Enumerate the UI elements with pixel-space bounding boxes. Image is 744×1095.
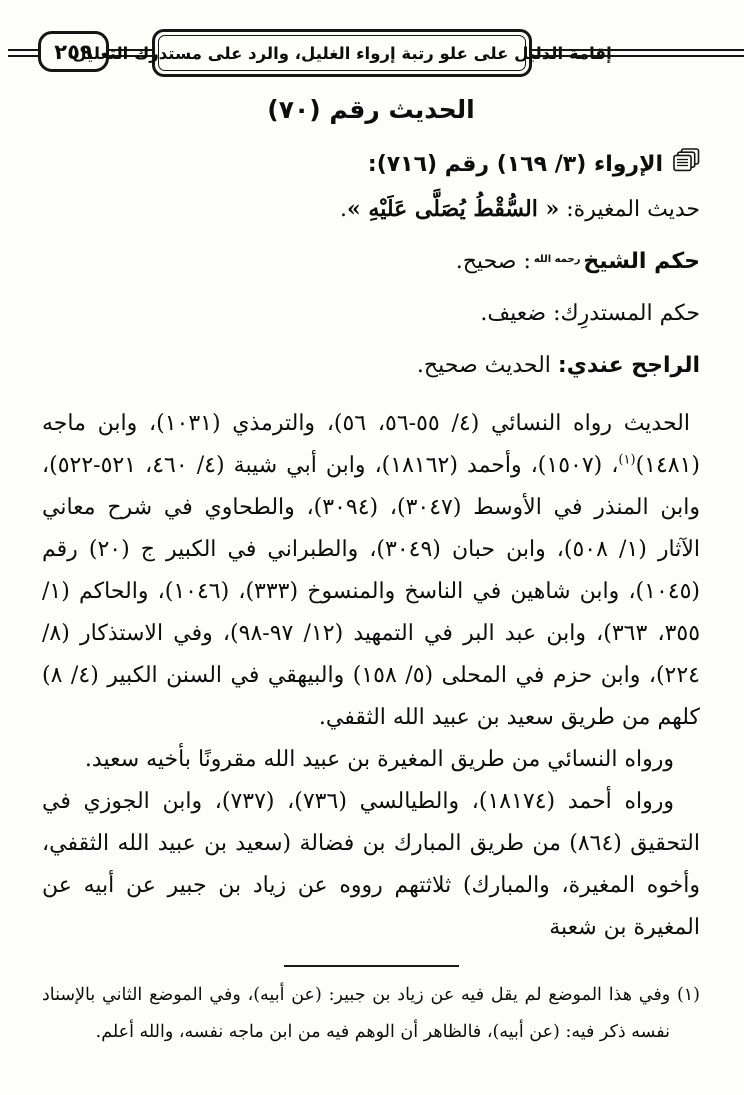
- page-body: الحديث رقم (٧٠) الإرواء (٣/ ١٦٩) رقم (٧١…: [0, 88, 744, 1051]
- sheikh-ruling-value: : صحيح.: [456, 249, 531, 274]
- hadith-matn: « السُّقْطُ يُصَلَّى عَلَيْهِ »: [347, 196, 559, 222]
- scanned-book-page: ٢٥٩ إقامة الدليل على علو رتبة إرواء الغل…: [0, 0, 744, 1095]
- header-rule-left: [8, 49, 39, 57]
- takhrij-paragraph: الحديث رواه النسائي (٤/ ٥٥-٥٦، ٥٦)، والت…: [42, 403, 700, 739]
- irwa-reference-text: الإرواء (٣/ ١٦٩) رقم (٧١٦):: [368, 150, 663, 180]
- rajih-ruling-value: الحديث صحيح.: [417, 353, 558, 378]
- ahmad-path-paragraph: ورواه أحمد (١٨١٧٤)، والطيالسي (٧٣٦)، (٧٣…: [42, 781, 700, 949]
- sheikh-ruling-line: حكم الشيخرحمه الله: صحيح.: [42, 247, 700, 277]
- footnote-reference-mark: (١): [618, 453, 635, 468]
- book-title-box: إقامة الدليل على علو رتبة إرواء الغليل، …: [152, 29, 532, 77]
- mustadrak-ruling-line: حكم المستدرِك: ضعيف.: [42, 299, 700, 329]
- header-rule-right: [531, 49, 744, 57]
- rajih-ruling-label: الراجح عندي:: [558, 353, 700, 378]
- book-title: إقامة الدليل على علو رتبة إرواء الغليل، …: [158, 35, 526, 71]
- footnote-divider: [284, 965, 459, 967]
- hadith-prefix: حديث المغيرة:: [559, 197, 700, 222]
- hadith-suffix: .: [340, 197, 347, 222]
- footnote-text: (١) وفي هذا الموضع لم يقل فيه عن زياد بن…: [42, 977, 700, 1051]
- rajih-ruling-line: الراجح عندي: الحديث صحيح.: [42, 351, 700, 381]
- takhrij-part2: ، (١٥٠٧)، وأحمد (١٨١٦٢)، وابن أبي شيبة (…: [42, 453, 700, 730]
- page-header: ٢٥٩ إقامة الدليل على علو رتبة إرواء الغل…: [0, 0, 744, 86]
- footnote-marker: (١): [677, 985, 700, 1005]
- irwa-reference-line: الإرواء (٣/ ١٦٩) رقم (٧١٦):: [42, 148, 700, 182]
- hadith-number-heading: الحديث رقم (٧٠): [42, 94, 700, 126]
- hadith-text-line: حديث المغيرة: « السُّقْطُ يُصَلَّى عَلَي…: [42, 194, 700, 225]
- footnote-body: وفي هذا الموضع لم يقل فيه عن زياد بن جبي…: [42, 985, 677, 1042]
- nasai-path-paragraph: ورواه النسائي من طريق المغيرة بن عبيد ال…: [42, 739, 700, 781]
- rahimahullah-honorific: رحمه الله: [534, 255, 581, 265]
- sheikh-ruling-label: حكم الشيخ: [583, 249, 700, 274]
- stacked-pages-icon: [673, 148, 700, 182]
